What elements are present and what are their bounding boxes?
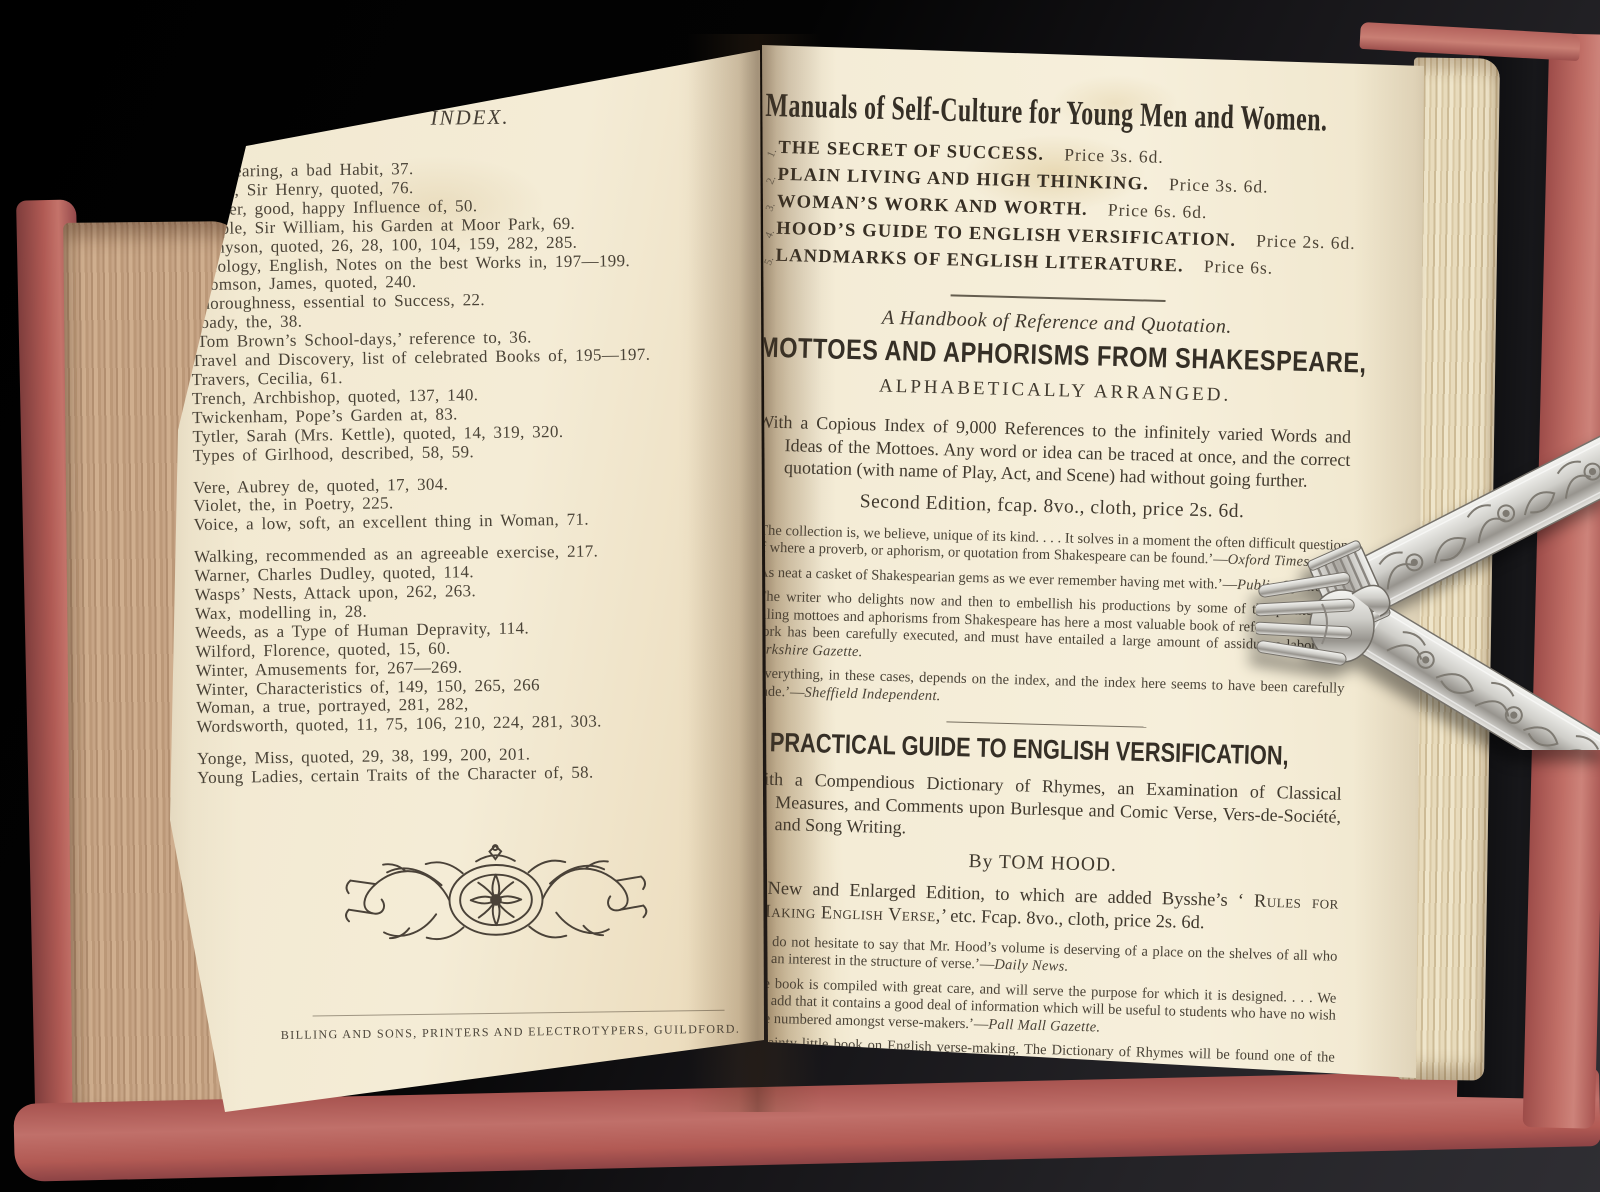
guide-byline: By TOM HOOD. xyxy=(746,845,1340,883)
edition-text: ’ etc. Fcap. 8vo., cloth, price 2s. 6d. xyxy=(941,906,1205,933)
review-source: Daily News. xyxy=(994,957,1069,975)
review-source: Sheffield Independent. xyxy=(804,684,941,704)
series-item-price: Price 3s. 6d. xyxy=(1064,144,1164,168)
series-item-title: THE SECRET OF SUCCESS. xyxy=(778,138,1044,166)
guide-edition-line: A New and Enlarged Edition, to which are… xyxy=(744,877,1339,939)
index-group-t: Tale-bearing, a bad Habit, 37. Taylor, S… xyxy=(189,155,773,466)
photo-of-open-antique-book: { "colors":{ "background":"#0a0a0a","sur… xyxy=(0,0,1600,1192)
index-group-w: Walking, recommended as an agreeable exe… xyxy=(194,540,777,737)
series-item-price: Price 6s. 6d. xyxy=(1108,199,1208,223)
section-rule xyxy=(946,721,1146,727)
index-entries: Tale-bearing, a bad Habit, 37. Taylor, S… xyxy=(189,155,778,801)
guide-description: With a Compendious Dictionary of Rhymes,… xyxy=(746,767,1342,850)
review-quote: ‘We do not hesitate to say that Mr. Hood… xyxy=(743,933,1338,984)
silver-bookmark-clasp xyxy=(1256,416,1600,750)
index-group-y: Yonge, Miss, quoted, 29, 38, 199, 200, 2… xyxy=(197,742,777,788)
bookmark-upper-bar xyxy=(1348,424,1600,615)
bookmark-lower-bar xyxy=(1355,604,1600,750)
section-rule xyxy=(950,294,1165,302)
review-text: ‘As neat a casket of Shakespearian gems … xyxy=(753,564,1237,593)
printer-imprint: BILLING AND SONS, PRINTERS AND ELECTROTY… xyxy=(281,1022,691,1043)
index-group-v: Vere, Aubrey de, quoted, 17, 304. Violet… xyxy=(193,471,774,536)
floral-ornament xyxy=(340,837,652,959)
review-source: Pall Mall Gazette. xyxy=(988,1016,1101,1035)
series-item-price: Price 3s. 6d. xyxy=(1169,174,1269,198)
guide-title: A PRACTICAL GUIDE TO ENGLISH VERSIFICATI… xyxy=(748,727,1325,773)
series-item-price: Price 2s. 6d. xyxy=(1256,230,1356,254)
left-page: 328 INDEX. Tale-bearing, a bad Habit, 37… xyxy=(140,35,780,1125)
review-quote: ‘The book is compiled with great care, a… xyxy=(741,975,1336,1043)
review-source: Yorkshire Gazette. xyxy=(751,641,863,660)
printer-rule xyxy=(313,1010,725,1017)
series-item-price: Price 6s. xyxy=(1204,256,1274,279)
series-title: Manuals of Self-Culture for Young Men an… xyxy=(765,86,1312,139)
series-list: 1. THE SECRET OF SUCCESS. Price 3s. 6d. … xyxy=(761,136,1358,287)
